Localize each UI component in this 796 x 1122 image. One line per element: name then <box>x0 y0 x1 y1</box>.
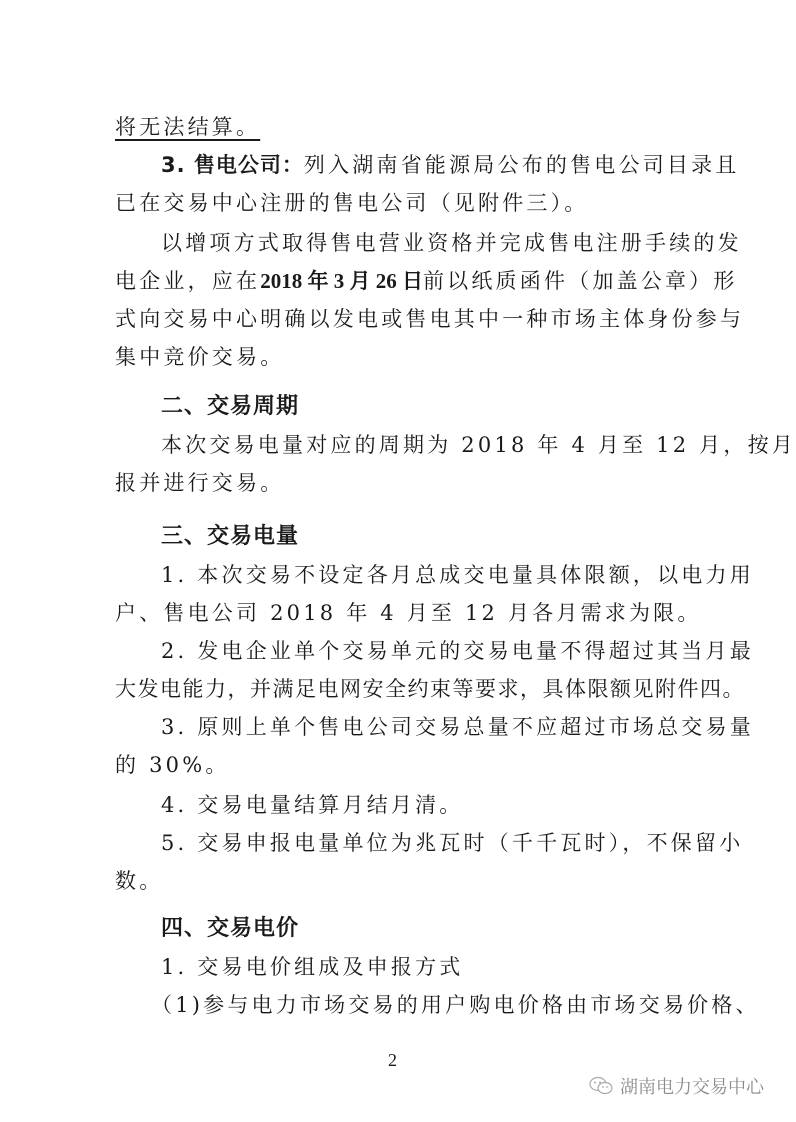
text-line: 大发电能力，并满足电网安全约束等要求，具体限额见附件四。 <box>115 674 681 704</box>
text-line: 数。 <box>115 866 681 896</box>
text-line: 3. 原则上单个售电公司交易总量不应超过市场总交易量 <box>115 712 681 742</box>
text-line: 户、售电公司 2018 年 4 月至 12 月各月需求为限。 <box>115 598 681 628</box>
text-line: 集中竞价交易。 <box>115 342 681 372</box>
section-heading: 三、交易电量 <box>115 522 681 552</box>
watermark-text: 湖南电力交易中心 <box>620 1073 764 1099</box>
text-line: 4. 交易电量结算月结月清。 <box>115 790 681 820</box>
text-line: 已在交易中心注册的售电公司（见附件三）。 <box>115 188 681 218</box>
bold-label: 3. 售电公司： <box>161 153 304 177</box>
text-line: 本次交易电量对应的周期为 2018 年 4 月至 12 月，按月申 <box>115 430 681 460</box>
line-text: 电企业，应在 <box>115 269 260 293</box>
line-text: 列入湖南省能源局公布的售电公司目录且 <box>304 153 740 177</box>
text-line: 报并进行交易。 <box>115 468 681 498</box>
text-line: 式向交易中心明确以发电或售电其中一种市场主体身份参与 <box>115 304 681 334</box>
line-text: 前以纸质函件（加盖公章）形 <box>423 269 738 293</box>
section-heading: 二、交易周期 <box>115 392 681 422</box>
text-line: 的 30%。 <box>115 750 681 780</box>
text-line: 5. 交易申报电量单位为兆瓦时（千千瓦时），不保留小 <box>115 828 681 858</box>
text-line: 2. 发电企业单个交易单元的交易电量不得超过其当月最 <box>115 636 681 666</box>
text-line: 1. 本次交易不设定各月总成交电量具体限额，以电力用 <box>115 560 681 590</box>
wechat-icon <box>588 1076 614 1096</box>
text-line: 3. 售电公司：列入湖南省能源局公布的售电公司目录且 <box>115 150 681 180</box>
text-line: 电企业，应在2018 年 3 月 26 日前以纸质函件（加盖公章）形 <box>115 266 681 296</box>
text-line: （1)参与电力市场交易的用户购电价格由市场交易价格、 <box>115 990 681 1020</box>
section-heading: 四、交易电价 <box>115 914 681 944</box>
watermark: 湖南电力交易中心 <box>588 1073 764 1099</box>
deadline-date: 2018 年 3 月 26 日 <box>260 269 423 293</box>
text-line: 将无法结算。 <box>115 112 681 142</box>
page-number: 2 <box>388 1050 397 1071</box>
text-line: 以增项方式取得售电营业资格并完成售电注册手续的发 <box>115 228 681 258</box>
text-line: 1. 交易电价组成及申报方式 <box>115 952 681 982</box>
